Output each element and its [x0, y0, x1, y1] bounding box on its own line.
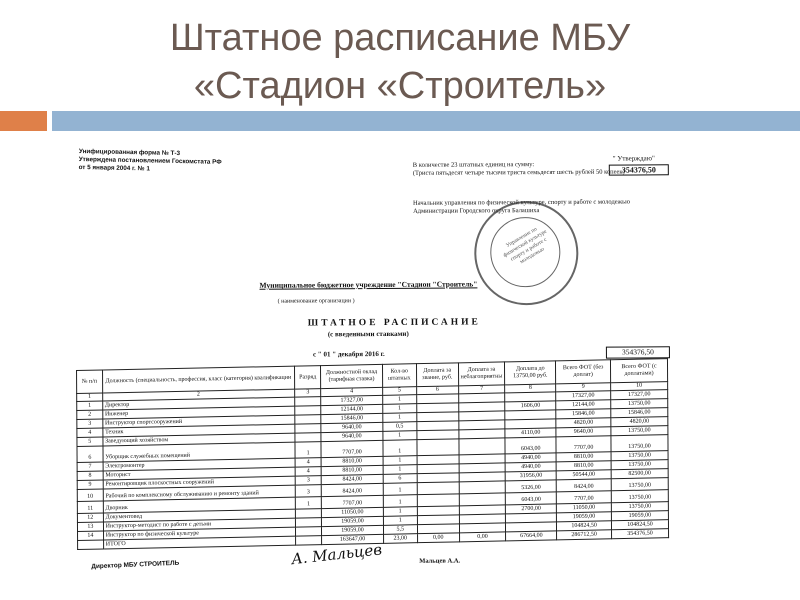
cell-salary: 7707,00 — [321, 440, 382, 457]
cell-topup: 6043,00 — [505, 437, 556, 454]
cell-adverse-bonus — [458, 438, 505, 455]
table-body: 1 2 3 4 5 6 7 8 9 10 1Директор17327,0011… — [77, 382, 669, 550]
staff-schedule-table: № п/п Должность (специальность, професси… — [76, 358, 669, 550]
total-cell-fot-total: 354376,50 — [612, 529, 669, 539]
cell-staff-count: 1 — [383, 495, 417, 508]
total-cell-staff-count: 23,00 — [383, 534, 417, 544]
slide-title: Штатное расписание МБУ «Стадион «Строите… — [0, 14, 800, 110]
total-sum-box: 354376,50 — [606, 346, 670, 358]
cell-adverse-bonus — [459, 481, 506, 494]
cell-row-number: 6 — [77, 446, 103, 463]
col-header-topup: Доплата до 13750,00 руб. — [505, 361, 556, 385]
col-header-count: Кол-во штатных — [382, 364, 417, 388]
total-cell-grade — [295, 536, 322, 546]
slide-title-line-1: Штатное расписание МБУ — [0, 14, 800, 62]
approval-label: " Утверждаю" — [613, 154, 655, 162]
organization-caption: ( наименование организации ) — [278, 298, 355, 304]
approval-sum-box: 354376,50 — [609, 164, 669, 175]
col-header-fot-base: Всего ФОТ (без доплат) — [556, 360, 611, 384]
official-seal: Управление по физической культуре спорту… — [474, 201, 579, 306]
scanned-staff-schedule-document: Унифицированная форма № Т-3 Утверждена п… — [69, 138, 702, 592]
cell-topup: 5326,00 — [506, 480, 557, 493]
approval-block: " Утверждаю" В количестве 23 штатных еди… — [413, 160, 683, 178]
cell-rank-bonus — [417, 439, 459, 456]
form-note: Унифицированная форма № Т-3 Утверждена п… — [79, 148, 222, 175]
cell-fot-base: 8424,00 — [556, 479, 611, 492]
col-header-number: № п/п — [77, 370, 103, 394]
total-cell-adverse-bonus: 0,00 — [459, 532, 506, 542]
slide-title-line-2: «Стадион «Строитель» — [0, 62, 800, 110]
document-title: ШТАТНОЕ РАСПИСАНИЕ — [308, 317, 481, 328]
total-cell-rank-bonus: 0,00 — [417, 533, 459, 543]
col-header-adverse-bonus: Доплата за неблагоприятны — [458, 362, 505, 386]
cell-staff-count: 1 — [383, 483, 417, 496]
director-label: Директор МБУ СТРОИТЕЛЬ — [91, 560, 179, 571]
document-date: с " 01 " декабря 2016 г. — [313, 350, 385, 358]
col-header-salary: Должностной оклад (тарифная ставка) — [321, 364, 382, 388]
total-cell-topup: 67664,00 — [506, 531, 557, 541]
total-cell-row-number — [78, 540, 104, 550]
signer-name: Мальцев А.А. — [419, 558, 460, 565]
cell-fot-total: 13750,00 — [611, 435, 668, 452]
accent-bar-orange — [0, 111, 47, 131]
accent-bar-blue — [52, 111, 800, 131]
cell-grade: 3 — [295, 485, 322, 498]
organization-name: Муниципальное бюджетное учреждение "Стад… — [259, 279, 477, 289]
col-header-rank-bonus: Доплата за звание, руб. — [416, 363, 458, 387]
cell-grade: 1 — [295, 497, 322, 510]
cell-staff-count: 1 — [383, 440, 417, 457]
cell-topup: 6043,00 — [506, 492, 557, 505]
total-cell-fot-base: 286712,50 — [557, 530, 612, 540]
cell-row-number: 11 — [77, 501, 103, 514]
cell-rank-bonus — [417, 494, 459, 507]
document-subtitle: (с введенными ставками) — [328, 330, 409, 338]
cell-rank-bonus — [417, 482, 459, 495]
col-header-fot-total: Всего ФОТ (с доплатами) — [610, 359, 667, 383]
cell-fot-base: 7707,00 — [556, 491, 611, 504]
cell-row-number: 10 — [77, 489, 103, 502]
cell-fot-base: 7707,00 — [556, 436, 611, 453]
cell-grade: 1 — [295, 442, 322, 459]
cell-adverse-bonus — [459, 493, 506, 506]
col-header-grade: Разряд — [294, 366, 321, 390]
